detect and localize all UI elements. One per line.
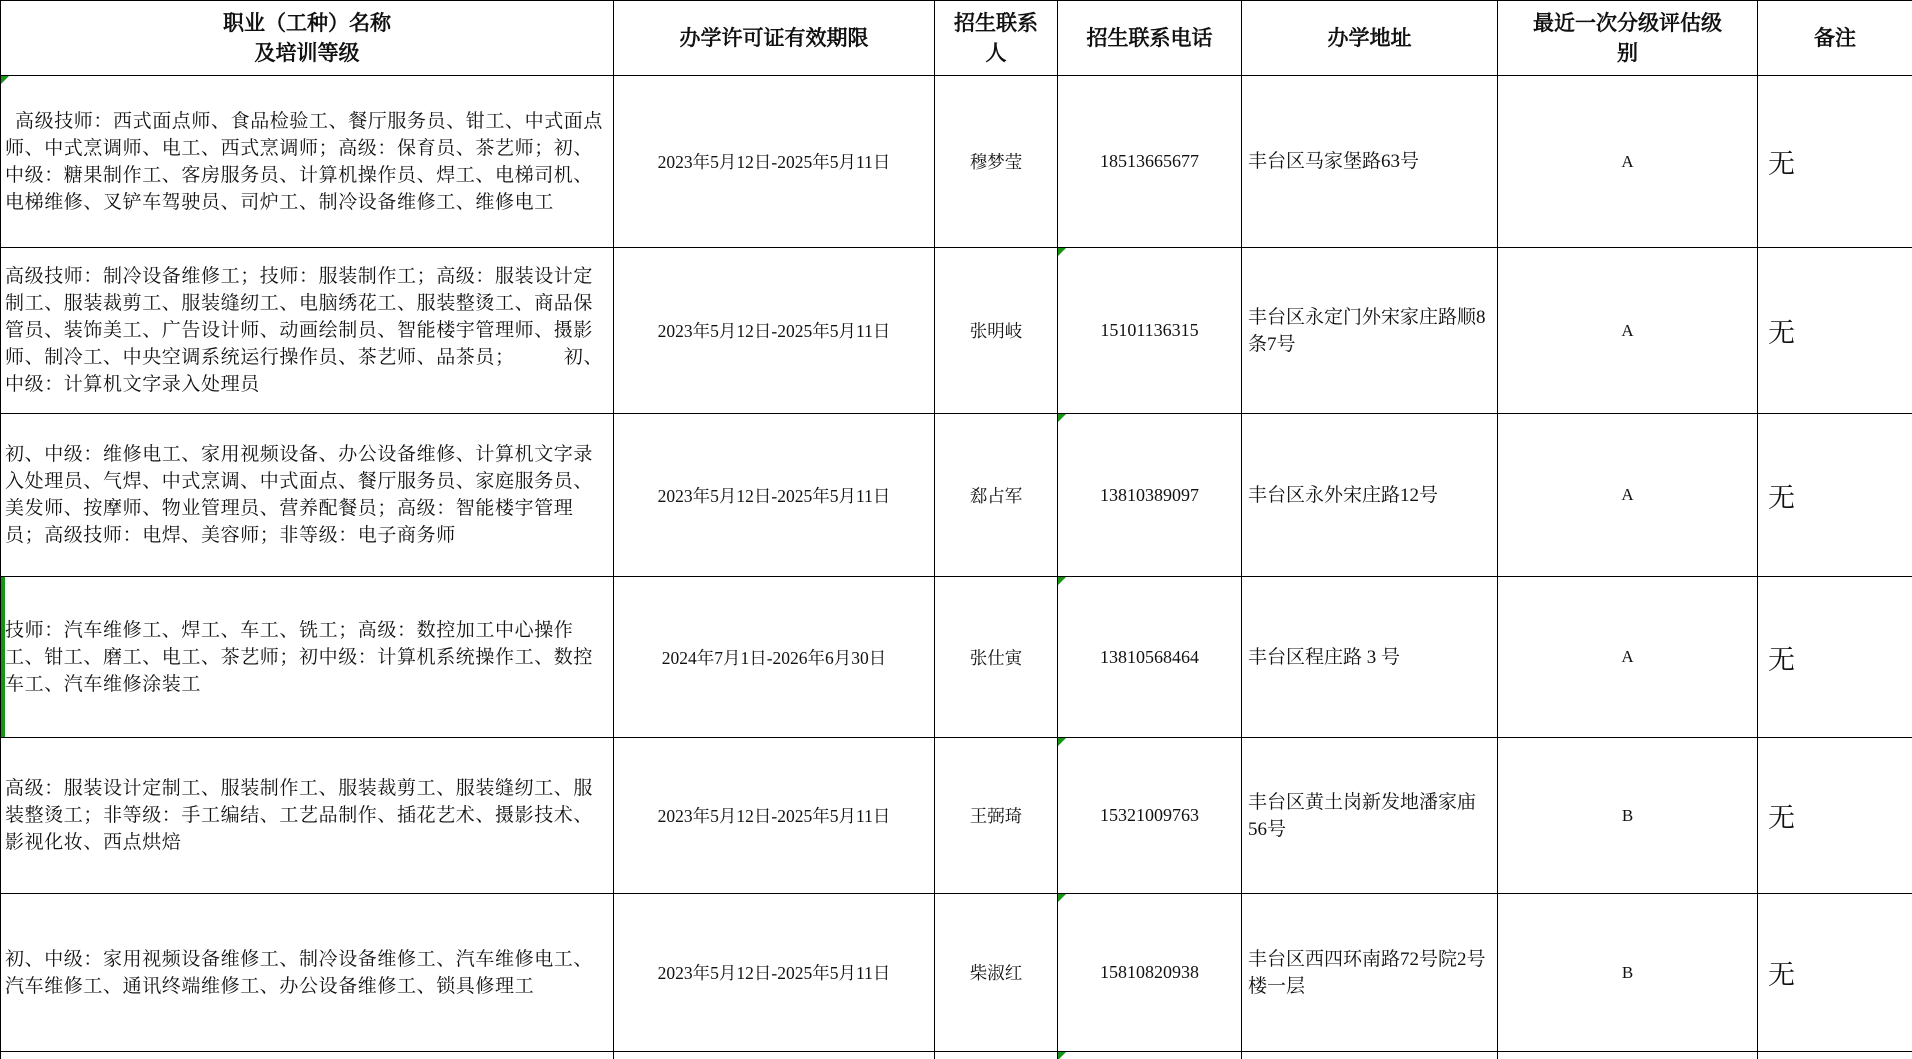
occupations-cell[interactable]: 初、中级：家用视频设备维修工、制冷设备维修工、汽车维修电工、汽车维修工、通讯终端… (1, 894, 614, 1052)
address-cell[interactable]: 丰台区西四环南路72号院2号楼一层 (1242, 894, 1498, 1052)
remark-cell[interactable]: 无 (1758, 894, 1912, 1052)
error-indicator-icon (1058, 894, 1066, 902)
address-cell[interactable] (1242, 1052, 1498, 1059)
contact-cell[interactable]: 柴淑红 (935, 894, 1058, 1052)
col-header-contact[interactable]: 招生联系 人 (935, 1, 1058, 76)
table-row: 初、中级：家用视频设备维修工、制冷设备维修工、汽车维修电工、汽车维修工、通讯终端… (1, 894, 1912, 1052)
occupations-text: 初、中级：家用视频设备维修工、制冷设备维修工、汽车维修电工、汽车维修工、通讯终端… (5, 949, 593, 997)
error-indicator-icon (1058, 738, 1066, 746)
license-period-cell[interactable]: 2023年5月12日-2025年5月11日 (614, 738, 935, 894)
contact-cell[interactable]: 张明岐 (935, 248, 1058, 414)
occupations-text: 技师：汽车维修工、焊工、车工、铣工；高级：数控加工中心操作工、钳工、磨工、电工、… (5, 620, 593, 695)
phone-text: 15810820938 (1100, 962, 1199, 982)
phone-cell[interactable]: 13810568464 (1058, 577, 1242, 738)
grade-cell[interactable]: A (1498, 248, 1758, 414)
phone-cell[interactable]: 13810389097 (1058, 414, 1242, 577)
remark-cell[interactable]: 无 (1758, 414, 1912, 577)
table-row: 高级：服装设计定制工、服装制作工、服装裁剪工、服装缝纫工、服装整烫工；非等级：手… (1, 738, 1912, 894)
remark-cell[interactable]: 无 (1758, 76, 1912, 248)
occupations-cell[interactable]: 高级技师：西式面点师、食品检验工、餐厅服务员、钳工、中式面点师、中式烹调师、电工… (1, 76, 614, 248)
license-period-cell[interactable]: 2023年5月12日-2025年5月11日 (614, 248, 935, 414)
contact-cell[interactable]: 王弼琦 (935, 738, 1058, 894)
license-period-cell[interactable]: 2023年5月12日-2025年5月11日 (614, 894, 935, 1052)
error-indicator-icon (1058, 1052, 1066, 1059)
col-header-license-period[interactable]: 办学许可证有效期限 (614, 1, 935, 76)
grade-cell[interactable] (1498, 1052, 1758, 1059)
address-cell[interactable]: 丰台区程庄路 3 号 (1242, 577, 1498, 738)
contact-cell[interactable]: 穆梦莹 (935, 76, 1058, 248)
col-header-remark[interactable]: 备注 (1758, 1, 1912, 76)
address-cell[interactable]: 丰台区黄土岗新发地潘家庙56号 (1242, 738, 1498, 894)
contact-cell[interactable] (935, 1052, 1058, 1059)
address-cell[interactable]: 丰台区马家堡路63号 (1242, 76, 1498, 248)
phone-cell[interactable]: 15101136315 (1058, 248, 1242, 414)
phone-cell[interactable]: 15321009763 (1058, 738, 1242, 894)
grade-cell[interactable]: A (1498, 414, 1758, 577)
col-header-grade[interactable]: 最近一次分级评估级 别 (1498, 1, 1758, 76)
table-row-partial (1, 1052, 1912, 1059)
license-period-cell[interactable]: 2024年7月1日-2026年6月30日 (614, 577, 935, 738)
occupations-text: 高级技师：制冷设备维修工；技师：服装制作工；高级：服装设计定制工、服装裁剪工、服… (5, 266, 603, 395)
table-row: 初、中级：维修电工、家用视频设备、办公设备维修、计算机文字录入处理员、气焊、中式… (1, 414, 1912, 577)
table-row: 技师：汽车维修工、焊工、车工、铣工；高级：数控加工中心操作工、钳工、磨工、电工、… (1, 577, 1912, 738)
license-period-cell[interactable]: 2023年5月12日-2025年5月11日 (614, 414, 935, 577)
phone-text: 15101136315 (1100, 320, 1198, 340)
license-period-cell[interactable] (614, 1052, 935, 1059)
occupations-cell[interactable]: 技师：汽车维修工、焊工、车工、铣工；高级：数控加工中心操作工、钳工、磨工、电工、… (1, 577, 614, 738)
table-row: 高级技师：西式面点师、食品检验工、餐厅服务员、钳工、中式面点师、中式烹调师、电工… (1, 76, 1912, 248)
grade-cell[interactable]: B (1498, 738, 1758, 894)
phone-cell[interactable] (1058, 1052, 1242, 1059)
grade-cell[interactable]: A (1498, 76, 1758, 248)
occupations-text: 初、中级：维修电工、家用视频设备、办公设备维修、计算机文字录入处理员、气焊、中式… (5, 444, 593, 546)
contact-cell[interactable]: 郄占军 (935, 414, 1058, 577)
error-indicator-icon (1058, 248, 1066, 256)
phone-text: 15321009763 (1100, 805, 1199, 825)
selection-edge (1, 577, 5, 737)
error-indicator-icon (1, 76, 9, 84)
phone-cell[interactable]: 18513665677 (1058, 76, 1242, 248)
grade-cell[interactable]: B (1498, 894, 1758, 1052)
contact-cell[interactable]: 张仕寅 (935, 577, 1058, 738)
col-header-phone[interactable]: 招生联系电话 (1058, 1, 1242, 76)
occupations-text: 高级：服装设计定制工、服装制作工、服装裁剪工、服装缝纫工、服装整烫工；非等级：手… (5, 778, 593, 853)
header-row: 职业（工种）名称 及培训等级 办学许可证有效期限 招生联系 人 招生联系电话 办… (1, 1, 1912, 76)
occupations-cell[interactable]: 高级：服装设计定制工、服装制作工、服装裁剪工、服装缝纫工、服装整烫工；非等级：手… (1, 738, 614, 894)
col-header-occupations[interactable]: 职业（工种）名称 及培训等级 (1, 1, 614, 76)
address-cell[interactable]: 丰台区永外宋庄路12号 (1242, 414, 1498, 577)
grade-cell[interactable]: A (1498, 577, 1758, 738)
occupations-text: 高级技师：西式面点师、食品检验工、餐厅服务员、钳工、中式面点师、中式烹调师、电工… (5, 111, 603, 213)
remark-cell[interactable]: 无 (1758, 248, 1912, 414)
remark-cell[interactable]: 无 (1758, 577, 1912, 738)
error-indicator-icon (1058, 577, 1066, 585)
remark-cell[interactable] (1758, 1052, 1912, 1059)
occupations-cell[interactable]: 高级技师：制冷设备维修工；技师：服装制作工；高级：服装设计定制工、服装裁剪工、服… (1, 248, 614, 414)
phone-cell[interactable]: 15810820938 (1058, 894, 1242, 1052)
phone-text: 13810389097 (1100, 485, 1199, 505)
col-header-address[interactable]: 办学地址 (1242, 1, 1498, 76)
remark-cell[interactable]: 无 (1758, 738, 1912, 894)
address-cell[interactable]: 丰台区永定门外宋家庄路顺8条7号 (1242, 248, 1498, 414)
occupations-cell[interactable]: 初、中级：维修电工、家用视频设备、办公设备维修、计算机文字录入处理员、气焊、中式… (1, 414, 614, 577)
table-row: 高级技师：制冷设备维修工；技师：服装制作工；高级：服装设计定制工、服装裁剪工、服… (1, 248, 1912, 414)
training-schools-table: 职业（工种）名称 及培训等级 办学许可证有效期限 招生联系 人 招生联系电话 办… (0, 0, 1912, 1059)
occupations-cell[interactable] (1, 1052, 614, 1059)
error-indicator-icon (1058, 414, 1066, 422)
license-period-cell[interactable]: 2023年5月12日-2025年5月11日 (614, 76, 935, 248)
phone-text: 13810568464 (1100, 647, 1199, 667)
